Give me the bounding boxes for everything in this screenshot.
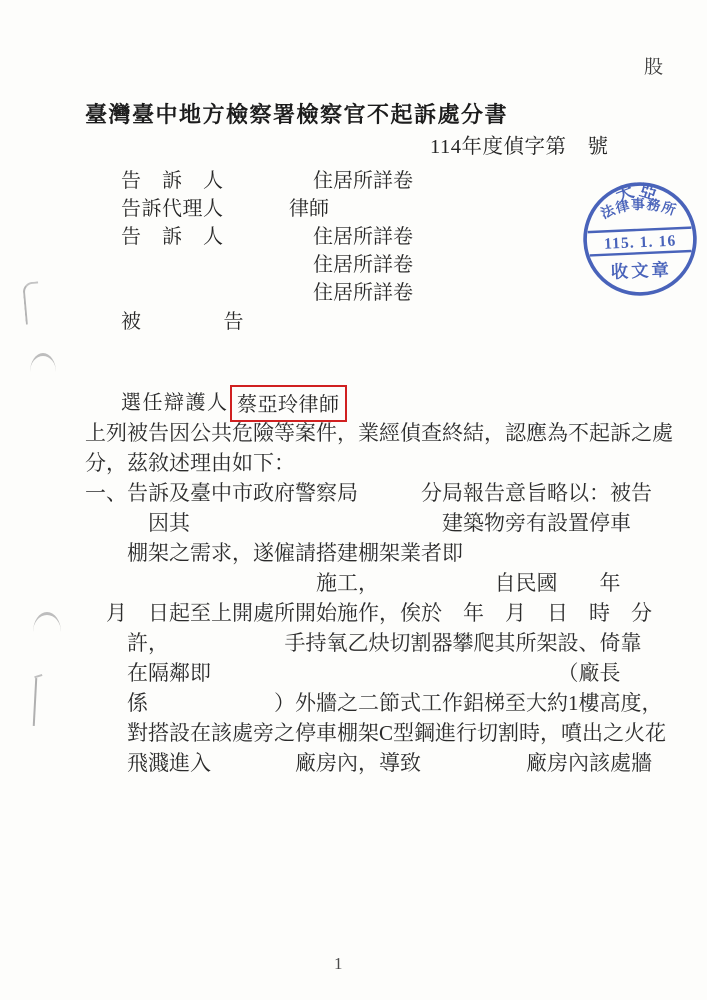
document-title: 臺灣臺中地方檢察署檢察官不起訴處分書 <box>85 101 508 129</box>
body-line: 棚架之需求，遂僱請搭建棚架業者即 <box>85 540 463 566</box>
body-line: 許， 手持氧乙炔切割器攀爬其所架設、倚靠 <box>85 630 642 656</box>
stamp-date: 115. 1. 16 <box>604 233 677 253</box>
body-line: 飛濺進入 廠房內，導致 廠房內該處牆 <box>85 750 652 776</box>
body-line: 分，茲敘述理由如下： <box>85 450 295 476</box>
page-number: 1 <box>334 953 343 974</box>
party-label: 被 告 <box>121 310 244 335</box>
stamp-caption: 收文章 <box>610 259 672 282</box>
party-value: 住居所詳卷 <box>313 253 413 278</box>
stamp-org-bottom: 法律事務所 <box>598 194 680 221</box>
body-line: 施工， 自民國 年 <box>85 570 621 596</box>
body-line: 一、告訴及臺中市政府警察局 分局報告意旨略以：被告 <box>85 480 652 506</box>
party-value: 律師 <box>289 197 329 222</box>
clerk-division-mark: 股 <box>644 56 663 80</box>
body-line: 在隔鄰即 （廠長 <box>85 660 621 686</box>
body-line: 對搭設在該處旁之停車棚架C型鋼進行切割時，噴出之火花 <box>85 720 666 746</box>
body-line: 係 ）外牆之二節式工作鋁梯至大約1樓高度， <box>85 690 663 716</box>
case-number: 114年度偵字第 號 <box>430 135 609 161</box>
party-label: 告 訴 人 <box>121 225 224 250</box>
stamp-divider-top <box>588 228 692 233</box>
party-label: 告訴代理人 <box>121 197 224 222</box>
highlighted-defender-name: 蔡亞玲律師 <box>230 385 347 422</box>
scan-artifact-crescent <box>33 612 61 632</box>
party-value: 住居所詳卷 <box>313 169 413 194</box>
law-firm-receipt-stamp: 大亞 法律事務所 115. 1. 16 收文章 <box>574 175 705 302</box>
scan-artifact-bracket <box>22 281 42 324</box>
party-value: 住居所詳卷 <box>313 225 413 250</box>
defender-label: 選任辯護人 <box>121 391 229 416</box>
party-value: 住居所詳卷 <box>313 281 413 306</box>
body-line: 上列被告因公共危險等案件，業經偵查終結，認應為不起訴之處 <box>85 420 673 446</box>
body-line: 月 日起至上開處所開始施作，俟於 年 月 日 時 分 <box>85 600 652 626</box>
stamp-seal-graphic: 大亞 法律事務所 115. 1. 16 收文章 <box>574 175 705 302</box>
body-line: 因其 建築物旁有設置停車 <box>85 510 631 536</box>
scan-artifact-line <box>33 678 38 726</box>
scan-artifact-crescent <box>30 353 56 372</box>
document-page: 股 臺灣臺中地方檢察署檢察官不起訴處分書 114年度偵字第 號 告 訴 人 住居… <box>0 0 707 1000</box>
party-label: 告 訴 人 <box>121 169 224 194</box>
